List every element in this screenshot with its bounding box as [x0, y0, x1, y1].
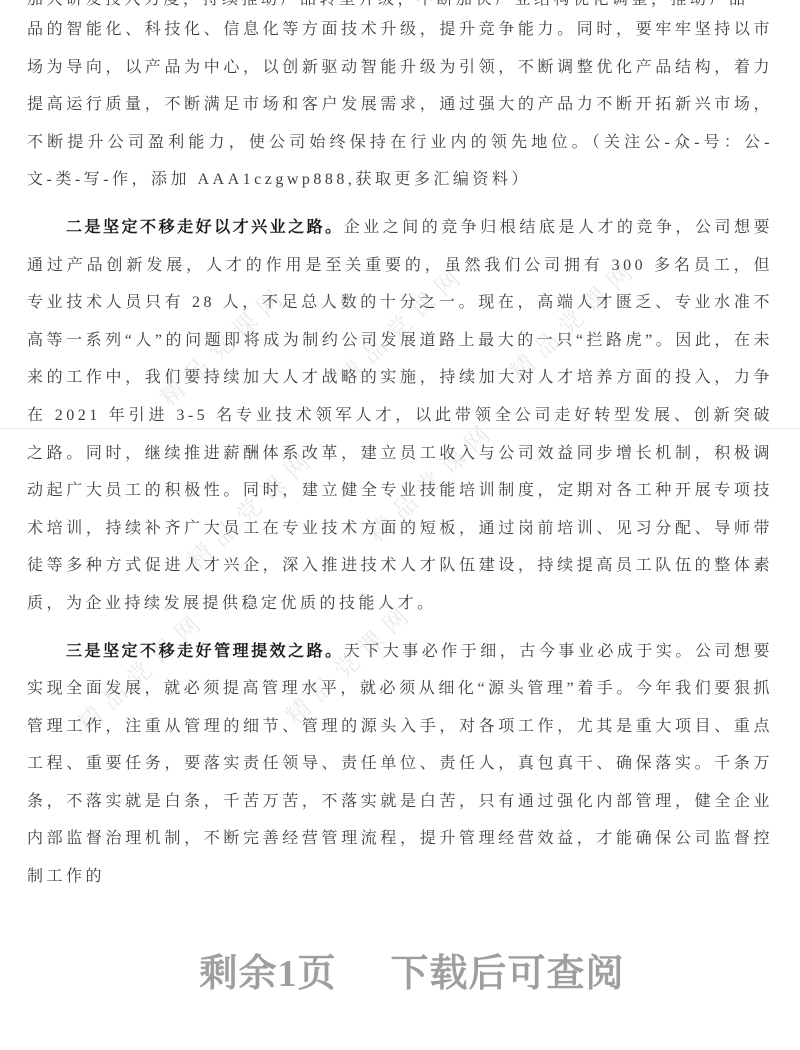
- paragraph: 品的智能化、科技化、信息化等方面技术升级，提升竞争能力。同时，要牢牢坚持以市场为…: [27, 11, 773, 199]
- remaining-pages-banner[interactable]: 剩余1页 下载后可查阅: [12, 942, 800, 997]
- paragraph-text: 企业之间的竞争归根结底是人才的竞争，公司想要通过产品创新发展，人才的作用是至关重…: [27, 219, 773, 612]
- clipped-text-line: 加大研发投入力度，持续推动产品转型升级，不断加快产业结构优化调整，推动产品: [27, 0, 773, 8]
- document-preview-page: 精品党课网 精品党课网 精品党课网 精品党课网 精品党课网 精品党课网 精品党课…: [0, 0, 800, 1050]
- page-divider: [0, 428, 800, 429]
- clipped-text-fragment: 加大研发投入力度，持续推动产品转型升级，不断加快产业结构优化调整，推动产品: [27, 0, 773, 8]
- paragraph: 二是坚定不移走好以才兴业之路。企业之间的竞争归根结底是人才的竞争，公司想要通过产…: [27, 209, 773, 623]
- paragraph-lead: 三是坚定不移走好管理提效之路。: [66, 643, 344, 660]
- paragraph-text: 品的智能化、科技化、信息化等方面技术升级，提升竞争能力。同时，要牢牢坚持以市场为…: [27, 21, 773, 188]
- remaining-pages-label: 剩余1页: [199, 942, 336, 997]
- paragraph: 三是坚定不移走好管理提效之路。天下大事必作于细，古今事业必成于实。公司想要实现全…: [27, 633, 773, 896]
- download-hint-label: 下载后可查阅: [391, 942, 625, 997]
- paragraph-lead: 二是坚定不移走好以才兴业之路。: [66, 219, 344, 236]
- document-body: 加大研发投入力度，持续推动产品转型升级，不断加快产业结构优化调整，推动产品 品的…: [0, 0, 800, 896]
- paragraph-text: 天下大事必作于细，古今事业必成于实。公司想要实现全面发展，就必须提高管理水平，就…: [27, 643, 773, 886]
